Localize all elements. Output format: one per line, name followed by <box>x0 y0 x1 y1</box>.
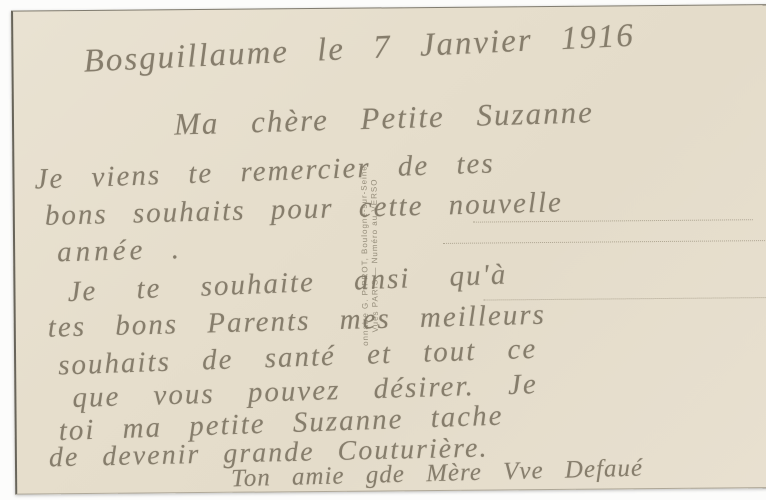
scan-background: { "postcard": { "colors": { "card": "#e6… <box>0 0 766 500</box>
salutation: Ma chère Petite Suzanne <box>174 94 595 142</box>
address-rule <box>443 240 766 244</box>
postcard: onnaire G. PIPROT, Boulogne-sur-Seine Vu… <box>11 4 766 495</box>
message-line: année . <box>57 233 184 269</box>
dateline: Bosguillaume le 7 Janvier 1916 <box>83 18 636 81</box>
